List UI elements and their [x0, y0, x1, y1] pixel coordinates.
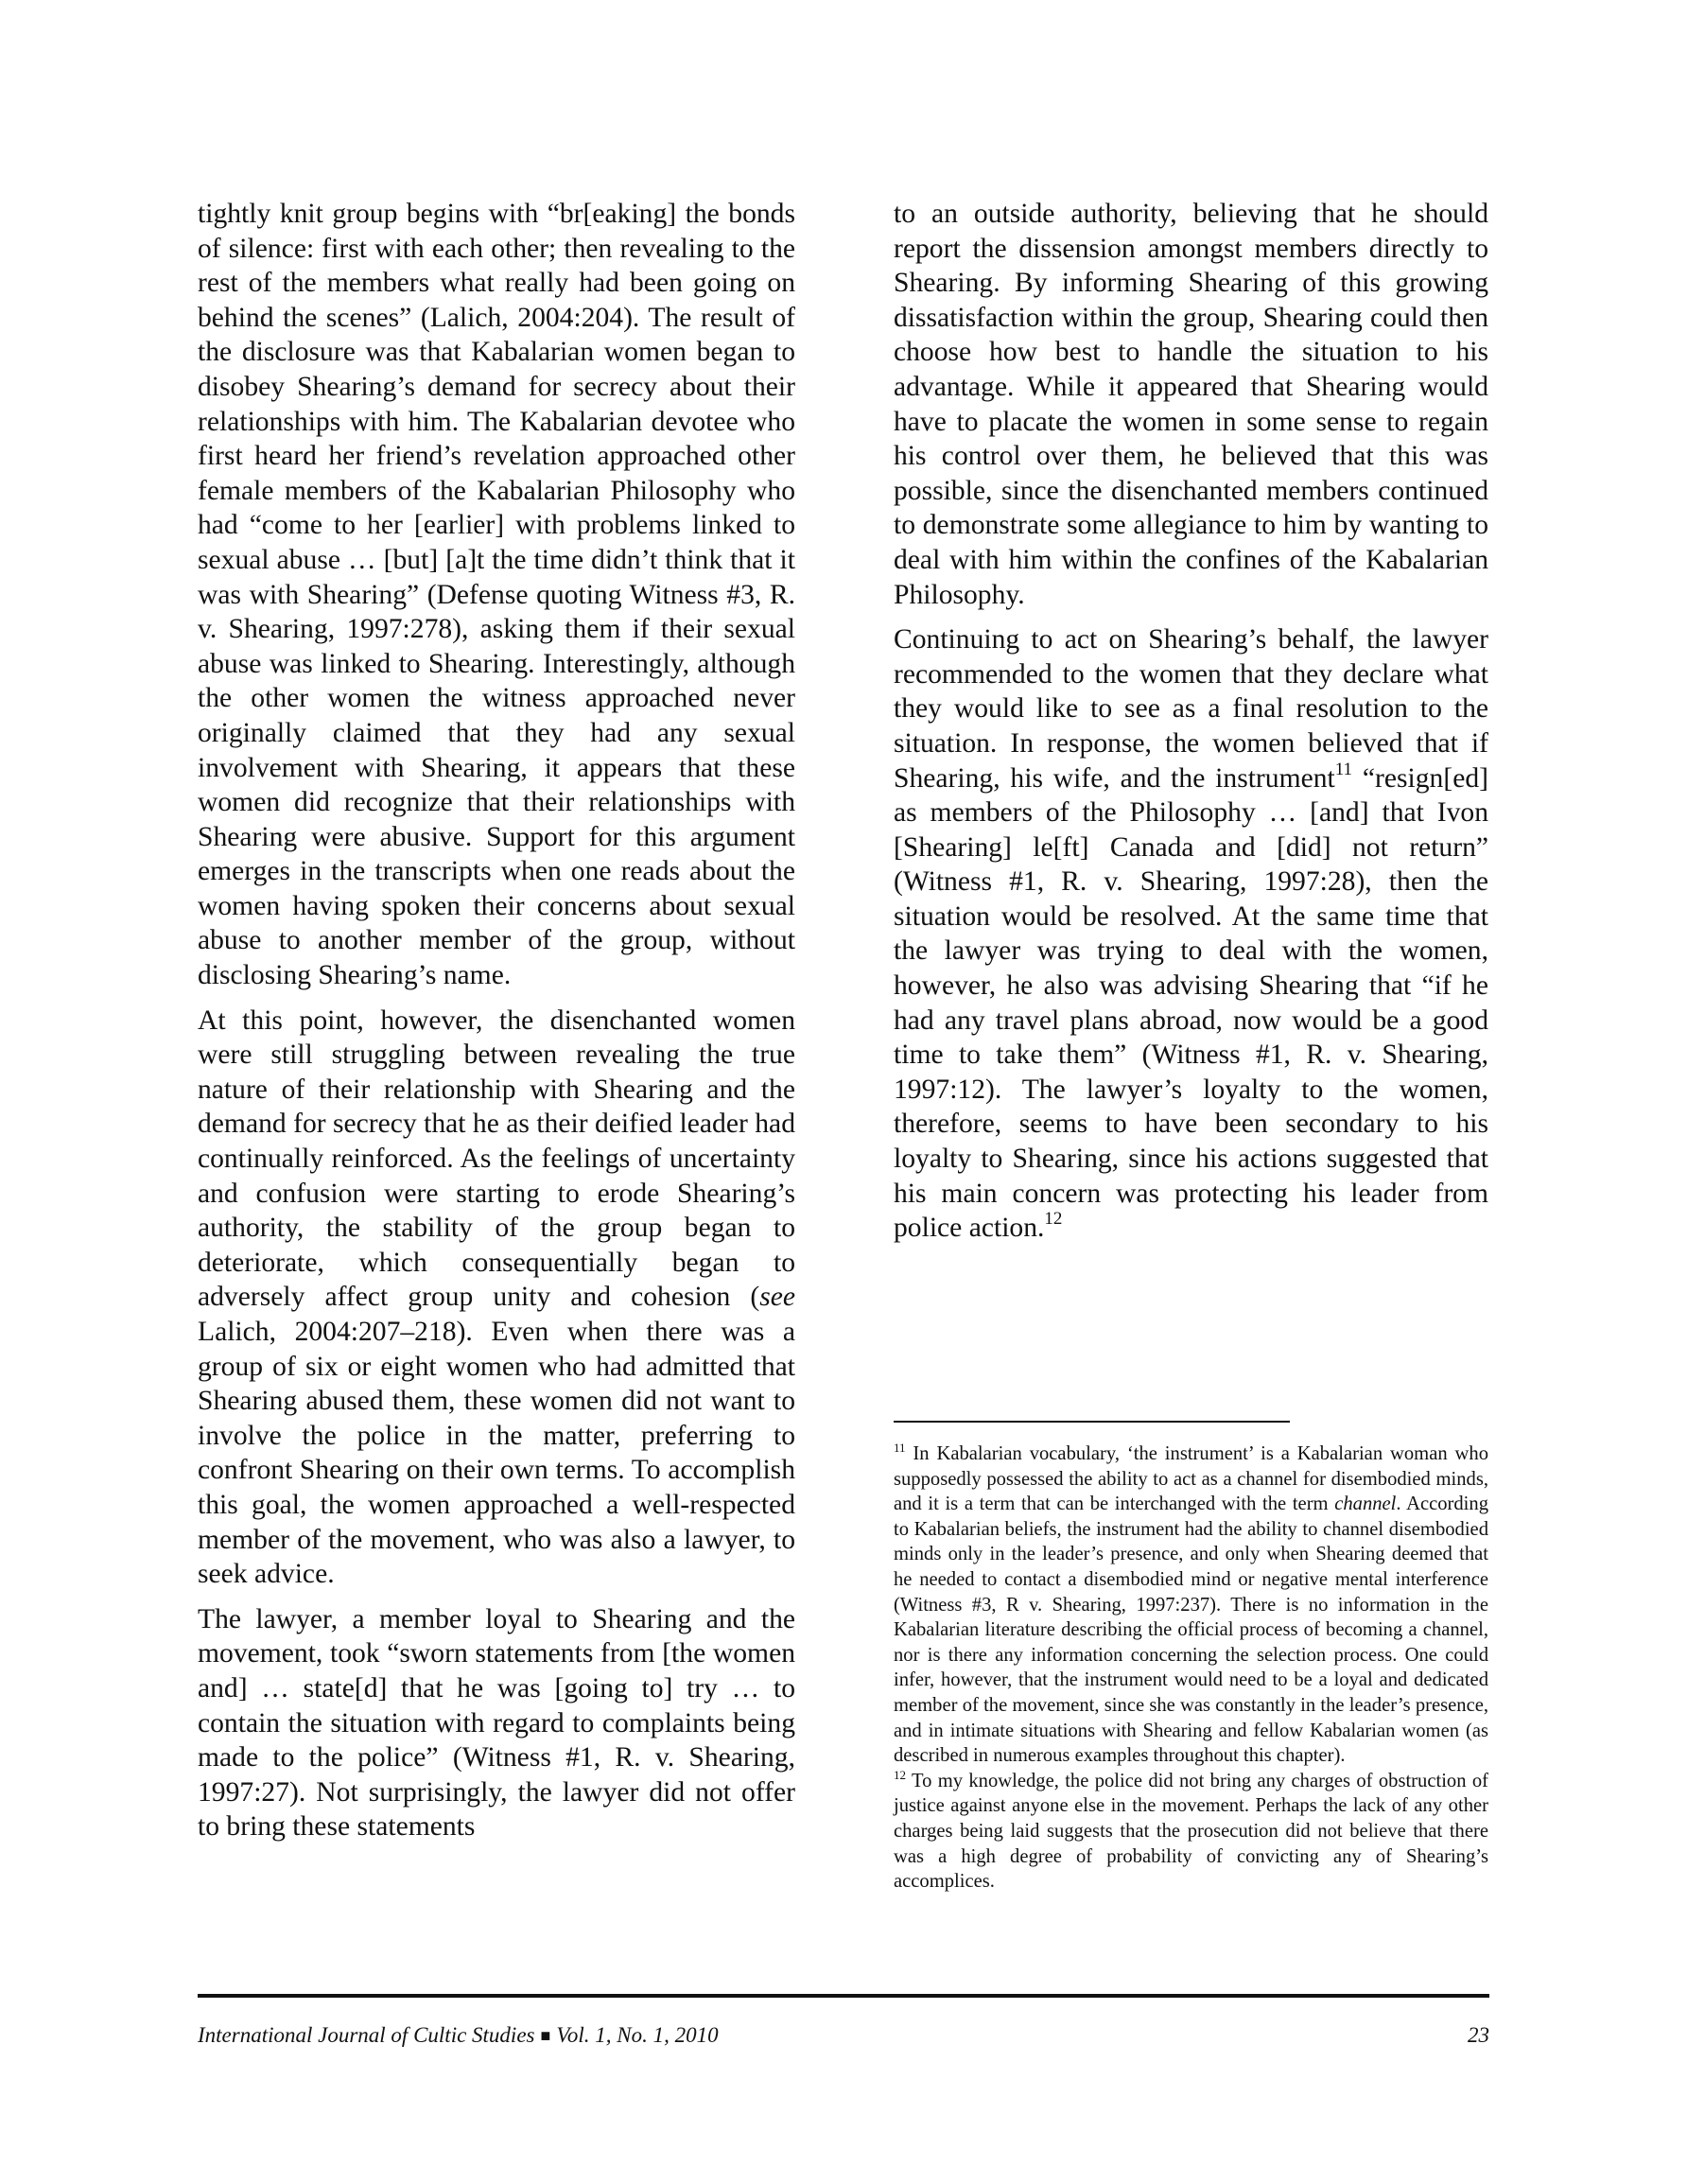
right-column: to an outside authority, believing that … — [894, 197, 1488, 1256]
body-paragraph: At this point, however, the disenchanted… — [198, 1004, 795, 1592]
footnotes: 11 In Kabalarian vocabulary, ‘the instru… — [894, 1441, 1488, 1895]
footnote-reference-12[interactable]: 12 — [1044, 1209, 1062, 1229]
page-footer: International Journal of Cultic Studies■… — [198, 2022, 1489, 2050]
footnote-separator — [894, 1421, 1290, 1423]
body-paragraph: The lawyer, a member loyal to Shearing a… — [198, 1602, 795, 1844]
left-column: tightly knit group begins with “br[eakin… — [198, 197, 795, 1855]
issue-info: Vol. 1, No. 1, 2010 — [556, 2023, 718, 2047]
body-paragraph: tightly knit group begins with “br[eakin… — [198, 197, 795, 993]
square-bullet-icon: ■ — [540, 2026, 550, 2045]
footnote-number: 11 — [894, 1441, 906, 1455]
footnote-11: 11 In Kabalarian vocabulary, ‘the instru… — [894, 1441, 1488, 1769]
italic-term: see — [759, 1282, 795, 1312]
footer-divider — [198, 1994, 1489, 1998]
footnote-12: 12 To my knowledge, the police did not b… — [894, 1769, 1488, 1895]
page-number: 23 — [1468, 2022, 1489, 2050]
body-paragraph: Continuing to act on Shearing’s behalf, … — [894, 622, 1488, 1246]
journal-citation: International Journal of Cultic Studies■… — [198, 2022, 719, 2050]
italic-term: channel — [1334, 1494, 1396, 1514]
footnote-number: 12 — [894, 1768, 906, 1782]
footnote-reference-11[interactable]: 11 — [1335, 760, 1352, 779]
body-paragraph: to an outside authority, believing that … — [894, 197, 1488, 612]
journal-title: International Journal of Cultic Studies — [198, 2023, 534, 2047]
